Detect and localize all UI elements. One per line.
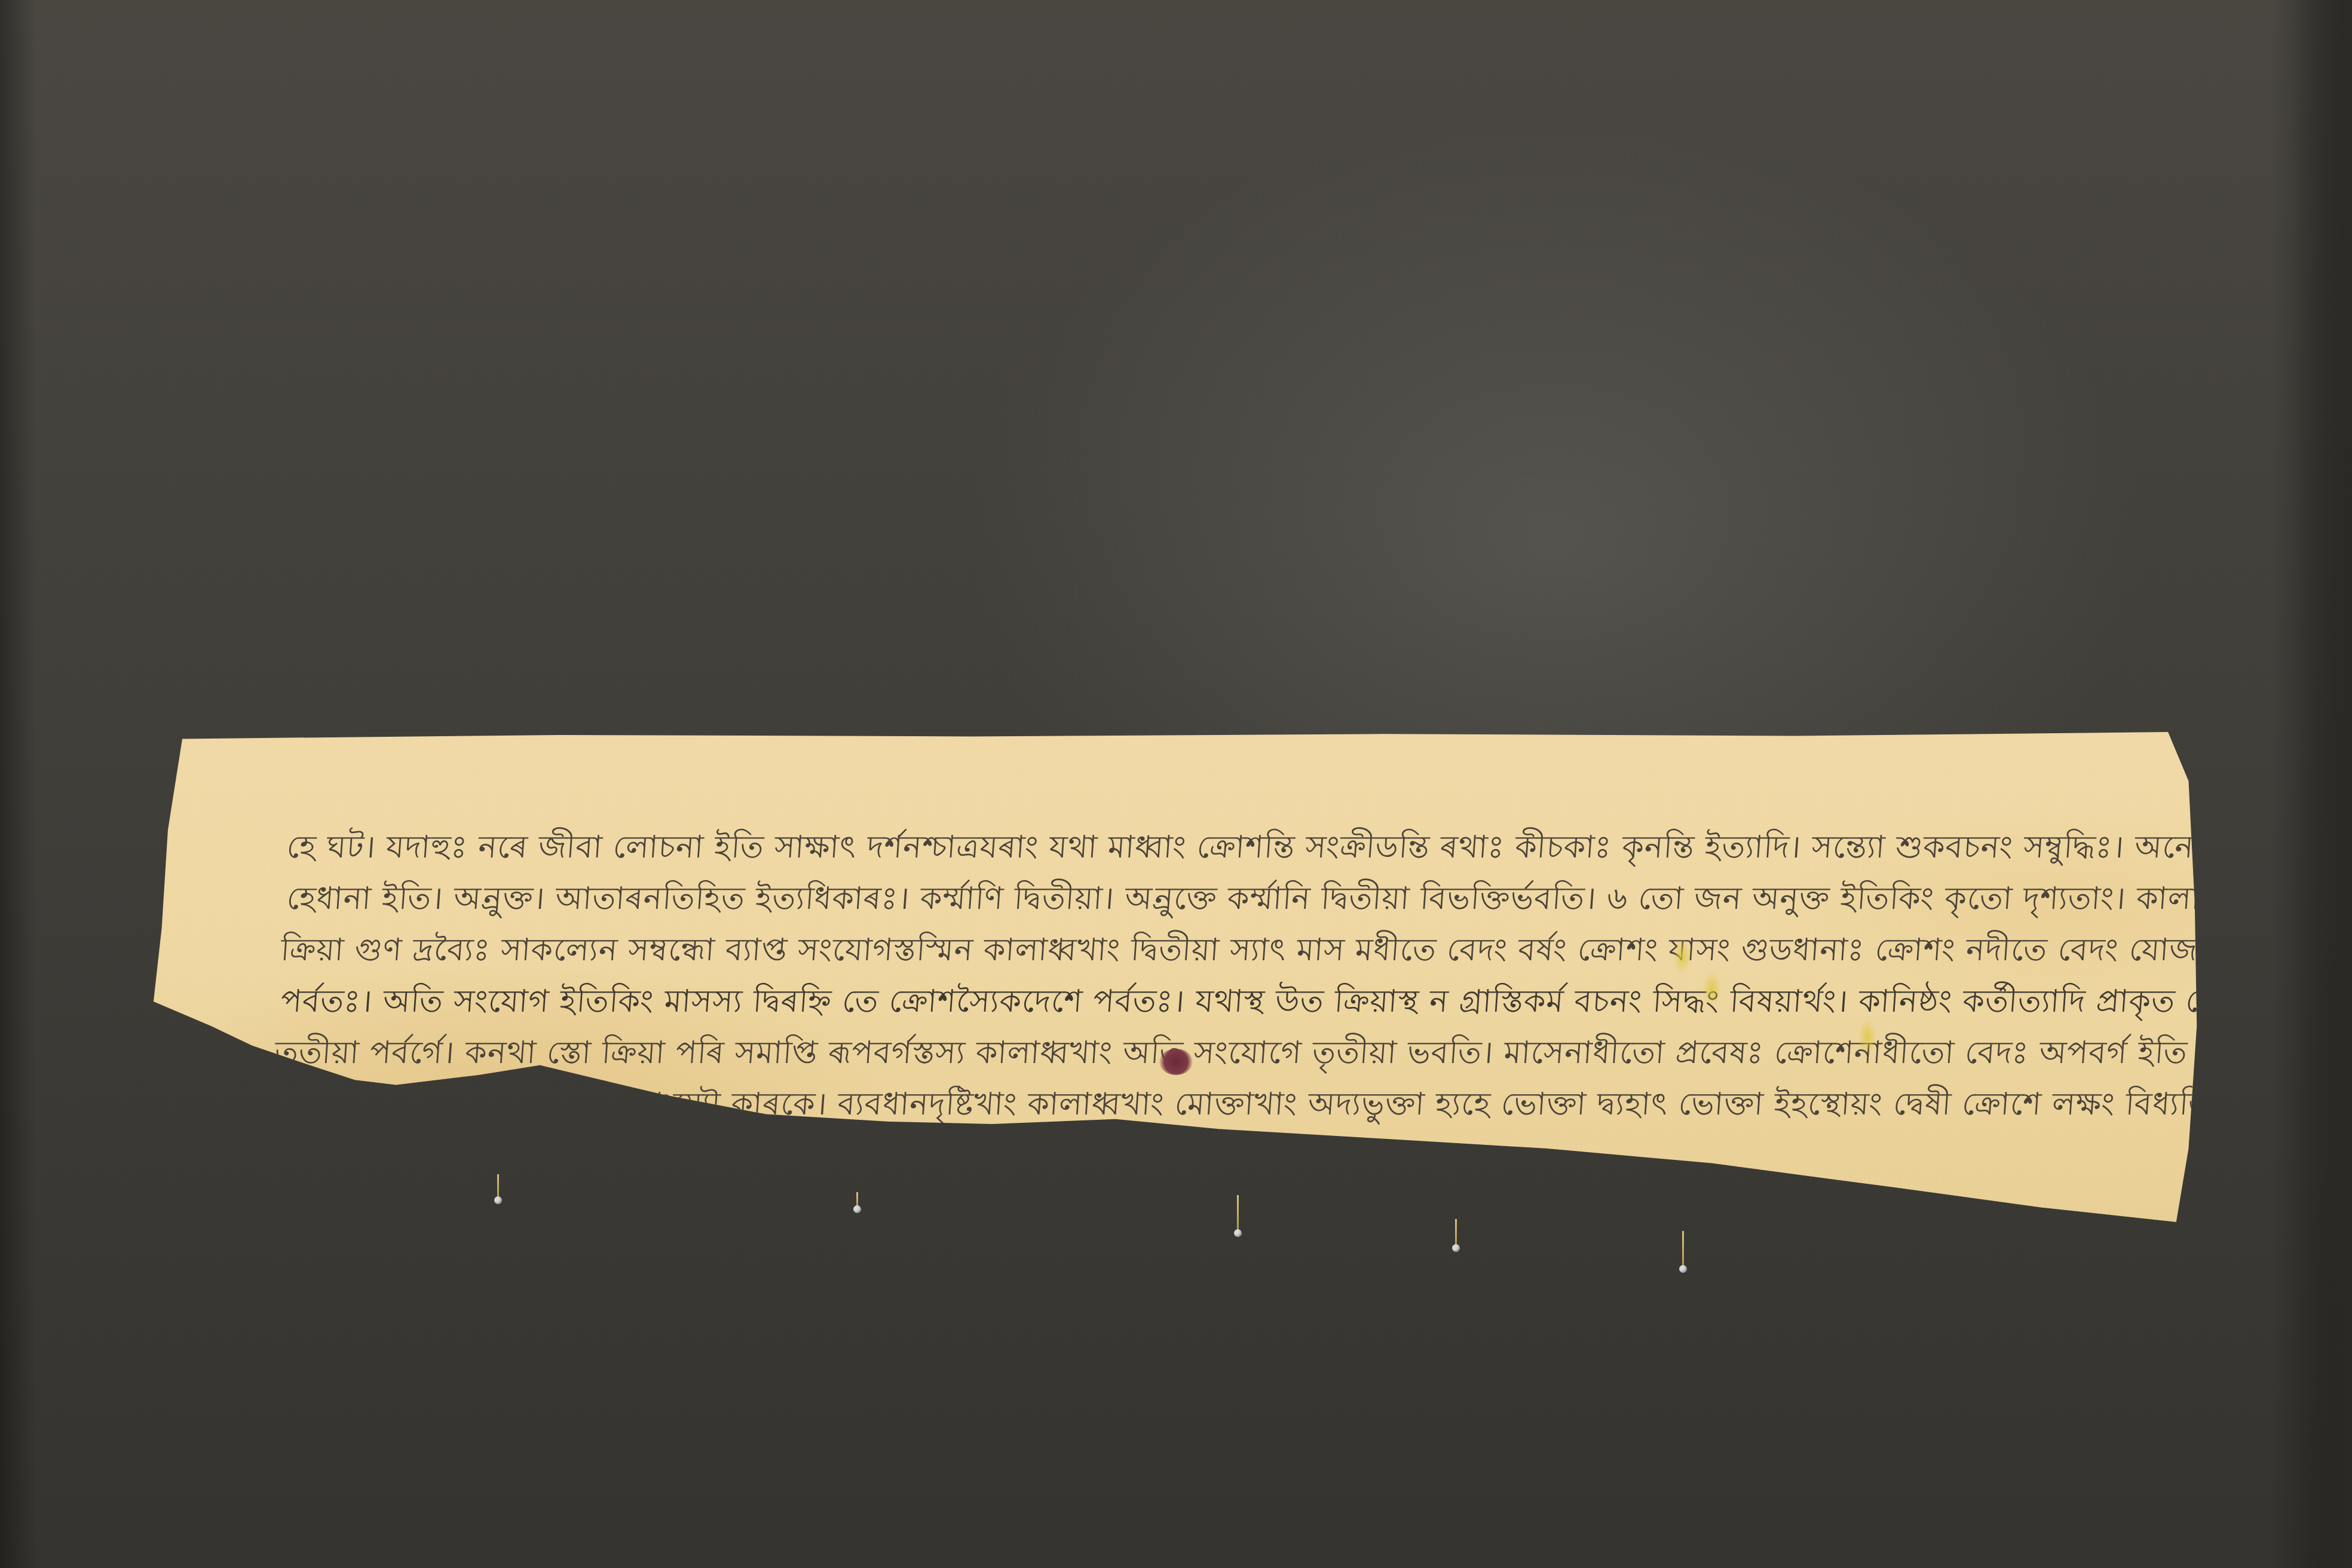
manuscript-line-2: হেধানা ইতি। অন্ৰুক্ত। আতাৰনতিহিত ইত্যধিক…	[285, 873, 2183, 924]
board-edge-shadow	[2292, 0, 2352, 1568]
yellow-stain	[1673, 938, 1691, 974]
mounting-pin	[856, 1192, 858, 1207]
ink-stain	[1159, 1049, 1193, 1075]
manuscript-line-4: পৰ্বতঃ। অতি সংযোগ ইতিকিং মাসস্য দ্বিৰহ্ন…	[279, 976, 2183, 1027]
mounting-pin	[1455, 1219, 1457, 1246]
yellow-stain	[1703, 971, 1721, 1007]
mounting-pin	[497, 1174, 499, 1198]
manuscript-line-3: ক্ৰিয়া গুণ দ্ৰব্যৈঃ সাকল্যেন সম্বন্ধো ব…	[279, 924, 2183, 976]
yellow-stain	[1858, 1019, 1876, 1055]
manuscript-line-1: হে ঘট। যদাহুঃ নৰে জীবা লোচনা ইতি সাক্ষাৎ…	[285, 822, 2183, 873]
mounting-pin	[1682, 1231, 1684, 1267]
mounting-pin	[1237, 1195, 1239, 1231]
